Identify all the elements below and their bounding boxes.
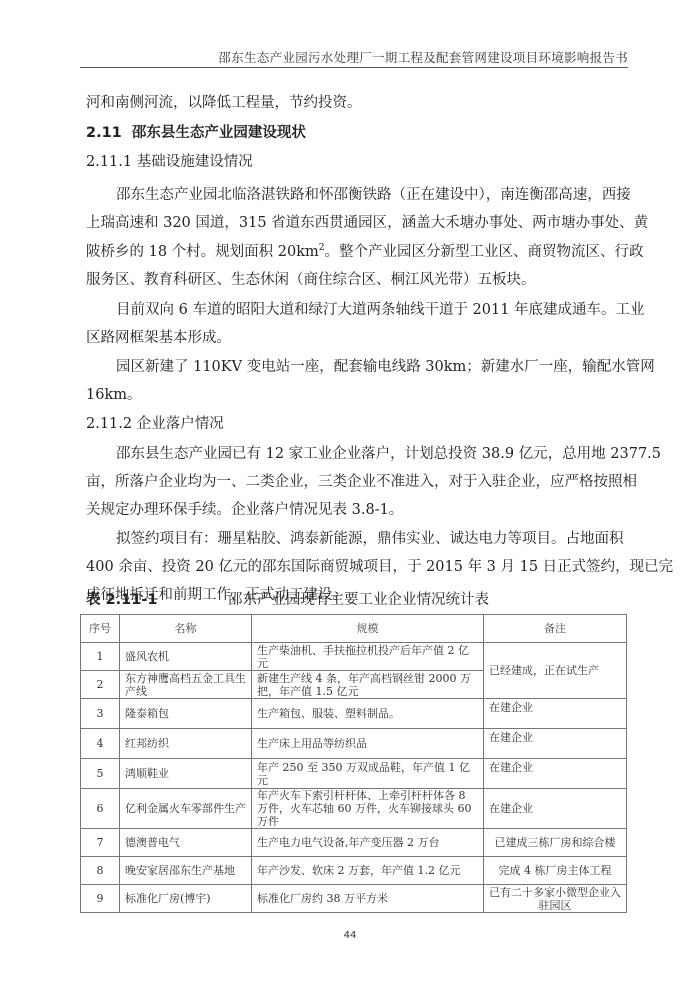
cell-no: 5 bbox=[81, 759, 120, 789]
header-scale: 规模 bbox=[252, 615, 484, 643]
cell-name: 盛风农机 bbox=[120, 643, 252, 671]
header-note: 备注 bbox=[484, 615, 627, 643]
cell-scale: 标准化厂房约 38 万平方米 bbox=[252, 885, 484, 913]
table-row: 8 晚安家居邵东生产基地 年产沙发、软床 2 万套，年产值 1.2 亿元 完成 … bbox=[81, 857, 627, 885]
cell-scale: 新建生产线 4 条，年产高档钢丝钳 2000 万把，年产值 1.5 亿元 bbox=[252, 671, 484, 699]
header-no: 序号 bbox=[81, 615, 120, 643]
subsection-number: 2.11.2 bbox=[86, 416, 132, 432]
table-row: 5 鸿顺鞋业 年产 250 至 350 万双成品鞋，年产值 1 亿元 在建企业 bbox=[81, 759, 627, 789]
cell-no: 2 bbox=[81, 671, 120, 699]
cell-no: 1 bbox=[81, 643, 120, 671]
para1-line1: 邵东生态产业园北临洛湛铁路和怀邵衡铁路（正在建设中），南连衡邵高速，西接 bbox=[116, 186, 631, 204]
para3-line1: 园区新建了 110KV 变电站一座，配套输电线路 30km；新建水厂一座，输配水… bbox=[116, 358, 655, 376]
page-number: 44 bbox=[0, 930, 700, 941]
table-caption-number: 表 2.11-1 bbox=[86, 588, 157, 609]
continuation-text: 河和南侧河流，以降低工程量，节约投资。 bbox=[86, 94, 362, 112]
para4-line1: 邵东县生态产业园已有 12 家工业企业落户，计划总投资 38.9 亿元，总用地 … bbox=[116, 445, 661, 463]
para2-line2: 区路网框架基本形成。 bbox=[86, 329, 231, 347]
para1-line3-post: 。整个产业园区分新型工业区、商贸物流区、行政 bbox=[325, 244, 644, 260]
cell-scale: 生产床上用品等纺织品 bbox=[252, 729, 484, 759]
para1-line4: 服务区、教育科研区、生态休闲（商住综合区、桐江风光带）五板块。 bbox=[86, 271, 536, 289]
cell-scale: 生产电力电气设备,年产变压器 2 万台 bbox=[252, 829, 484, 857]
cell-scale: 年产沙发、软床 2 万套，年产值 1.2 亿元 bbox=[252, 857, 484, 885]
cell-scale: 年产火车下索引杆杆体、上牵引杆杆体各 8 万件，火车芯轴 60 万件，火车铆接球… bbox=[252, 789, 484, 829]
header-rule bbox=[80, 67, 628, 68]
cell-note: 已有二十多家小微型企业入驻园区 bbox=[484, 885, 627, 913]
cell-name: 红邦纺织 bbox=[120, 729, 252, 759]
cell-name: 晚安家居邵东生产基地 bbox=[120, 857, 252, 885]
cell-name: 标准化厂房(博宇) bbox=[120, 885, 252, 913]
para1-line2: 上瑞高速和 320 国道，315 省道东西贯通园区，涵盖大禾塘办事处、两市塘办事… bbox=[86, 214, 648, 232]
para5-line1: 拟签约项目有：珊星粘胶、鸿泰新能源，鼎伟实业、诚达电力等项目。占地面积 bbox=[116, 530, 624, 548]
para1-line3: 陂桥乡的 18 个村。规划面积 20km2。整个产业园区分新型工业区、商贸物流区… bbox=[86, 243, 644, 261]
cell-note: 在建企业 bbox=[484, 699, 627, 729]
subsection-title: 企业落户情况 bbox=[137, 416, 224, 432]
cell-note: 在建企业 bbox=[484, 759, 627, 789]
header-name: 名称 bbox=[120, 615, 252, 643]
cell-name: 东方神鹰高档五金工具生产线 bbox=[120, 671, 252, 699]
table-row: 7 德澳普电气 生产电力电气设备,年产变压器 2 万台 已建成三栋厂房和综合楼 bbox=[81, 829, 627, 857]
cell-scale: 生产箱包、服装、塑料制品。 bbox=[252, 699, 484, 729]
table-row: 3 隆泰箱包 生产箱包、服装、塑料制品。 在建企业 bbox=[81, 699, 627, 729]
cell-no: 7 bbox=[81, 829, 120, 857]
subsection-number: 2.11.1 bbox=[86, 154, 132, 170]
enterprise-table: 序号 名称 规模 备注 1 盛风农机 生产柴油机、手扶拖拉机投产后年产值 2 亿… bbox=[80, 614, 627, 913]
subsection-title: 基础设施建设情况 bbox=[137, 154, 253, 170]
para4-line2: 亩，所落户企业均为一、二类企业，三类企业不准进入，对于入驻企业，应严格按照相 bbox=[86, 473, 637, 491]
cell-no: 4 bbox=[81, 729, 120, 759]
cell-scale: 生产柴油机、手扶拖拉机投产后年产值 2 亿元 bbox=[252, 643, 484, 671]
subsection-heading-2: 2.11.2 企业落户情况 bbox=[86, 415, 224, 433]
section-number: 2.11 bbox=[86, 125, 122, 141]
cell-no: 6 bbox=[81, 789, 120, 829]
cell-name: 隆泰箱包 bbox=[120, 699, 252, 729]
table-caption-title: 邵东产业园现有主要工业企业情况统计表 bbox=[228, 588, 489, 609]
cell-note: 在建企业 bbox=[484, 729, 627, 759]
para5-line2: 400 余亩、投资 20 亿元的邵东国际商贸城项目，于 2015 年 3 月 1… bbox=[86, 558, 673, 576]
cell-note: 在建企业 bbox=[484, 789, 627, 829]
cell-no: 3 bbox=[81, 699, 120, 729]
para2-line1: 目前双向 6 车道的昭阳大道和绿汀大道两条轴线干道于 2011 年底建成通车。工… bbox=[116, 301, 645, 319]
section-title: 邵东县生态产业园建设现状 bbox=[132, 125, 306, 141]
cell-name: 亿利金属火车零部件生产 bbox=[120, 789, 252, 829]
cell-note: 已经建成，正在试生产 bbox=[484, 643, 627, 699]
cell-no: 9 bbox=[81, 885, 120, 913]
cell-no: 8 bbox=[81, 857, 120, 885]
cell-name: 鸿顺鞋业 bbox=[120, 759, 252, 789]
para4-line3: 关规定办理环保手续。企业落户情况见表 3.8-1。 bbox=[86, 501, 403, 519]
cell-note: 完成 4 栋厂房主体工程 bbox=[484, 857, 627, 885]
table-row: 9 标准化厂房(博宇) 标准化厂房约 38 万平方米 已有二十多家小微型企业入驻… bbox=[81, 885, 627, 913]
table-header-row: 序号 名称 规模 备注 bbox=[81, 615, 627, 643]
para1-line3-pre: 陂桥乡的 18 个村。规划面积 20km bbox=[86, 244, 319, 260]
cell-note: 已建成三栋厂房和综合楼 bbox=[484, 829, 627, 857]
table-row: 6 亿利金属火车零部件生产 年产火车下索引杆杆体、上牵引杆杆体各 8 万件，火车… bbox=[81, 789, 627, 829]
section-heading: 2.11 邵东县生态产业园建设现状 bbox=[86, 124, 306, 142]
table-row: 1 盛风农机 生产柴油机、手扶拖拉机投产后年产值 2 亿元 已经建成，正在试生产 bbox=[81, 643, 627, 671]
document-header: 邵东生态产业园污水处理厂一期工程及配套管网建设项目环境影响报告书 bbox=[80, 48, 628, 66]
table-row: 4 红邦纺织 生产床上用品等纺织品 在建企业 bbox=[81, 729, 627, 759]
cell-scale: 年产 250 至 350 万双成品鞋，年产值 1 亿元 bbox=[252, 759, 484, 789]
subsection-heading-1: 2.11.1 基础设施建设情况 bbox=[86, 153, 253, 171]
cell-name: 德澳普电气 bbox=[120, 829, 252, 857]
para3-line2: 16km。 bbox=[86, 386, 142, 404]
